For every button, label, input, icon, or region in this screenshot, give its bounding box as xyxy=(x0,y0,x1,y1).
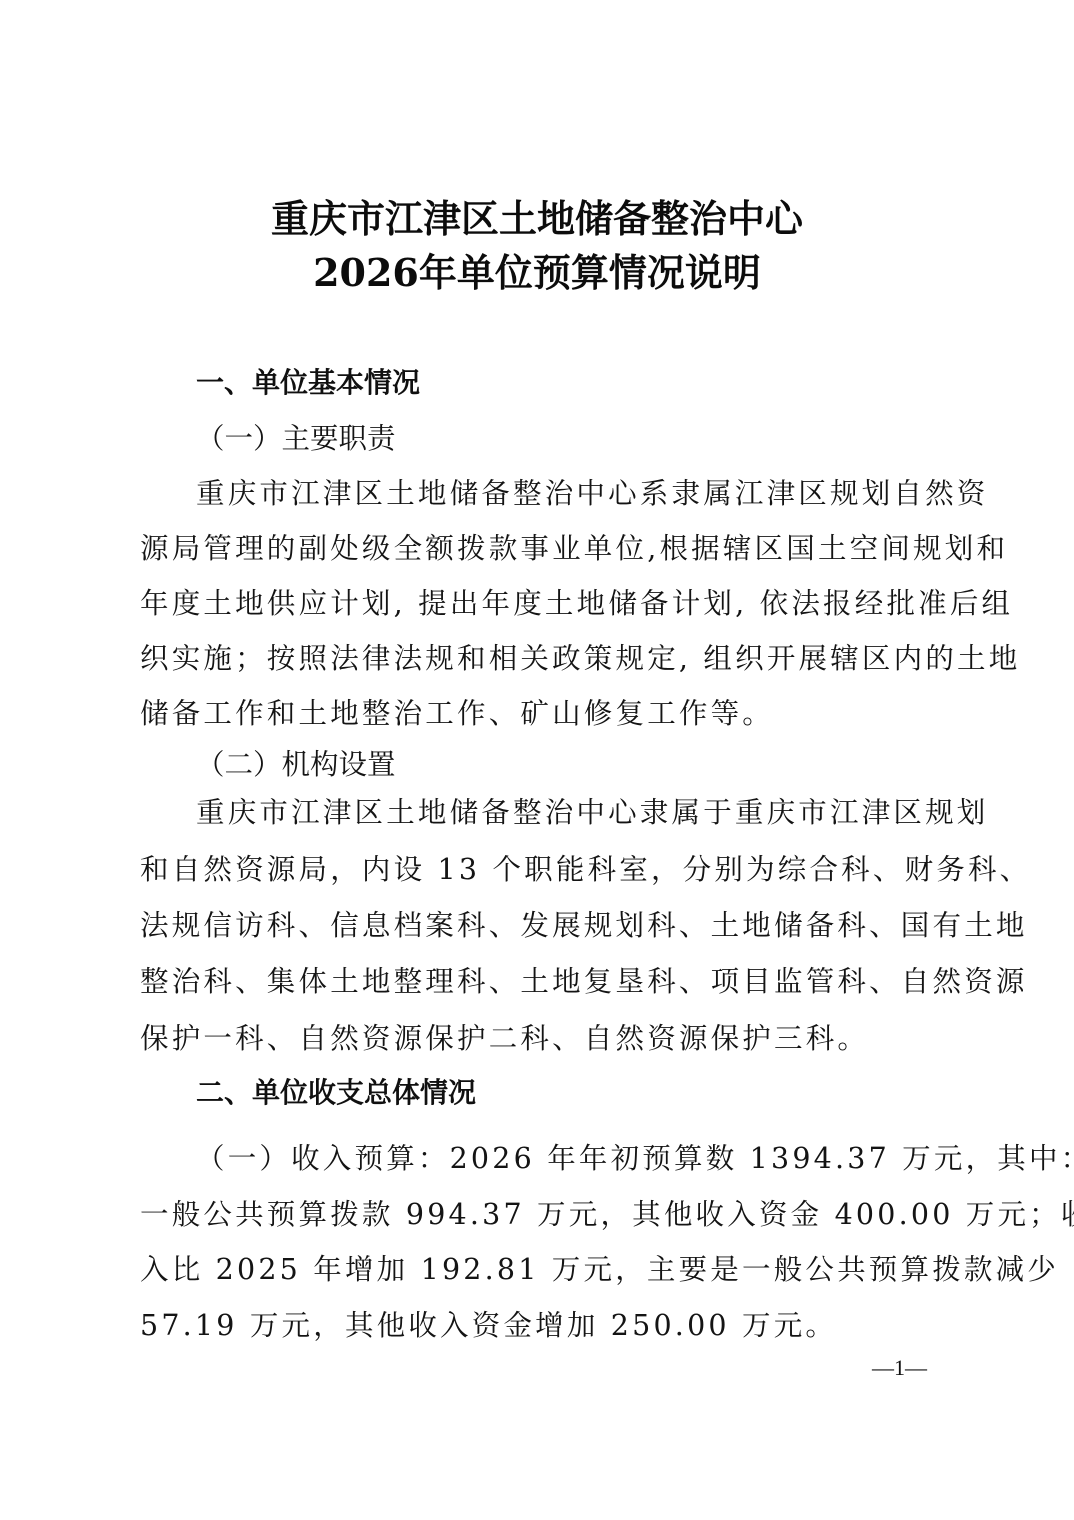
paragraph-line: 储备工作和土地整治工作、矿山修复工作等。 xyxy=(140,697,940,731)
paragraph-line: 重庆市江津区土地储备整治中心隶属于重庆市江津区规划 xyxy=(196,796,940,830)
paragraph-line: 重庆市江津区土地储备整治中心系隶属江津区规划自然资 xyxy=(196,477,940,511)
document-title-line-1: 重庆市江津区土地储备整治中心 xyxy=(0,196,1074,242)
section-heading-basic-info: 一、单位基本情况 xyxy=(196,366,420,400)
section-heading-budget-overview: 二、单位收支总体情况 xyxy=(196,1076,476,1110)
document-title-line-2: 2026年单位预算情况说明 xyxy=(0,250,1074,296)
paragraph-line: 57.19 万元，其他收入资金增加 250.00 万元。 xyxy=(140,1309,940,1343)
paragraph-line: 源局管理的副处级全额拨款事业单位,根据辖区国土空间规划和 xyxy=(140,532,940,566)
paragraph-line: 保护一科、自然资源保护二科、自然资源保护三科。 xyxy=(140,1022,940,1056)
paragraph-line: 法规信访科、信息档案科、发展规划科、土地储备科、国有土地 xyxy=(140,909,940,943)
paragraph-line: 织实施；按照法律法规和相关政策规定, 组织开展辖区内的土地 xyxy=(140,642,940,676)
paragraph-line: 整治科、集体土地整理科、土地复垦科、项目监管科、自然资源 xyxy=(140,965,940,999)
page-number: —1— xyxy=(872,1354,927,1382)
paragraph-line: 入比 2025 年增加 192.81 万元，主要是一般公共预算拨款减少 xyxy=(140,1253,940,1287)
subsection-heading-main-duties: （一）主要职责 xyxy=(196,422,396,456)
paragraph-line: 年度土地供应计划, 提出年度土地储备计划, 依法报经批准后组 xyxy=(140,587,940,621)
paragraph-line: 一般公共预算拨款 994.37 万元，其他收入资金 400.00 万元；收 xyxy=(140,1198,940,1232)
paragraph-line: 和自然资源局，内设 13 个职能科室，分别为综合科、财务科、 xyxy=(140,853,940,887)
subsection-heading-organization: （二）机构设置 xyxy=(196,748,396,782)
paragraph-line: （一）收入预算：2026 年年初预算数 1394.37 万元，其中： xyxy=(196,1142,940,1176)
document-page: 重庆市江津区土地储备整治中心 2026年单位预算情况说明 一、单位基本情况 （一… xyxy=(0,0,1074,1520)
